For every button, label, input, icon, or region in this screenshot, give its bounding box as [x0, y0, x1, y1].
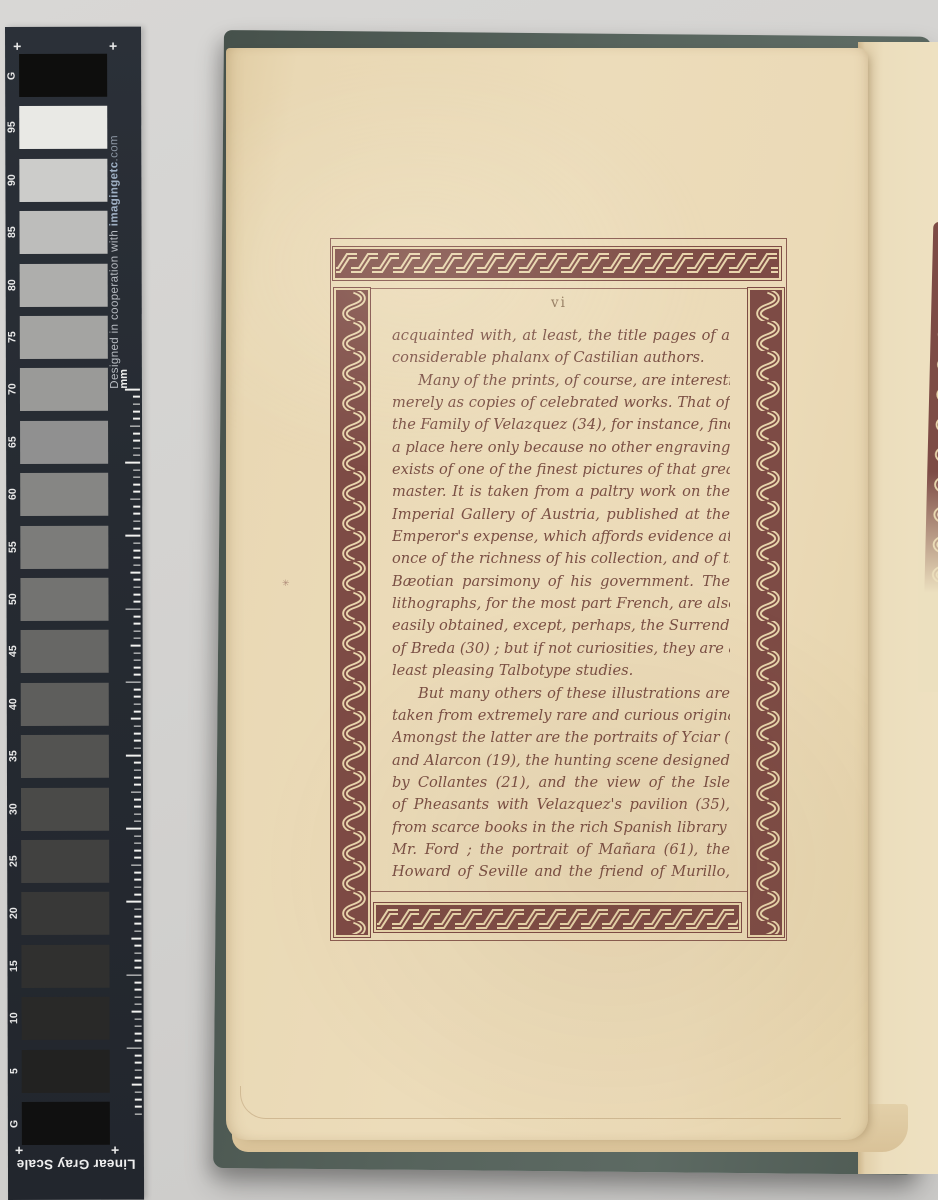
ruler-tick: [134, 725, 141, 727]
ruler-tick: [133, 542, 140, 544]
ruler-tick: [135, 1077, 142, 1079]
ruler-tick: [126, 755, 141, 757]
ruler-tick: [135, 1018, 142, 1020]
ruler-tick: [133, 506, 140, 508]
ruler-tick: [133, 396, 140, 398]
gray-patch-label: 15: [7, 945, 20, 988]
gray-patch-swatch: [20, 316, 108, 359]
ruler-tick: [133, 557, 140, 559]
text-line: the Family of Velazquez (34), for instan…: [392, 414, 730, 436]
ruler-tick: [134, 616, 141, 618]
gray-patch-swatch: [19, 54, 107, 97]
ruler-tick: [133, 484, 140, 486]
text-line: and Alarcon (19), the hunting scene desi…: [392, 750, 730, 772]
text-line: of Pheasants with Velazquez's pavilion (…: [392, 794, 730, 816]
ruler-tick: [134, 930, 141, 932]
ruler-tick: [135, 1062, 142, 1064]
text-line: But many others of these illustrations a…: [392, 683, 730, 705]
gray-patch-swatch: [21, 735, 109, 778]
gray-patch-label: 95: [5, 106, 18, 149]
ruler-tick: [130, 498, 141, 500]
ruler-tick: [134, 740, 141, 742]
ruler-tick: [135, 1091, 142, 1093]
ruler-tick: [135, 1055, 142, 1057]
gray-patch-swatch: [21, 892, 109, 935]
text-line: Amongst the latter are the portraits of …: [392, 727, 730, 749]
mm-ruler: [101, 389, 143, 1121]
gray-patch-swatch: [21, 787, 109, 830]
ruler-tick: [135, 1033, 142, 1035]
margin-mark: ✳: [282, 578, 290, 589]
gray-patch-label: 5: [8, 1050, 21, 1093]
ruler-tick: [134, 982, 141, 984]
text-line: exists of one of the finest pictures of …: [392, 459, 730, 481]
text-line: master. It is taken from a paltry work o…: [392, 481, 730, 503]
ruler-tick: [134, 630, 141, 632]
gray-patch-label: 10: [8, 997, 21, 1040]
gray-patch-label: 60: [6, 473, 19, 516]
text-line: Howard of Seville and the friend of Muri…: [392, 861, 730, 883]
ruler-tick: [133, 411, 140, 413]
gray-patch-label: 65: [6, 421, 19, 464]
ruler-tick: [134, 696, 141, 698]
gray-patch-swatch: [20, 525, 108, 568]
ruler-tick: [134, 667, 141, 669]
text-line: Imperial Gallery of Austria, published a…: [392, 504, 730, 526]
frame-inner-rule-bottom: [371, 891, 747, 892]
ruler-tick: [131, 791, 142, 793]
gray-patch-swatch: [20, 421, 108, 464]
ruler-tick: [133, 586, 140, 588]
gray-patch-label: G: [5, 54, 18, 97]
gray-patch-label: 45: [7, 630, 20, 673]
page-curve-shading: [918, 472, 938, 692]
ruler-tick: [134, 769, 141, 771]
ruler-tick: [134, 967, 141, 969]
ruler-tick: [133, 528, 140, 530]
gray-patch-swatch: [22, 1102, 110, 1145]
registration-cross-icon: +: [111, 1143, 119, 1157]
frame-band-left: [333, 287, 371, 938]
gray-patch-swatch: [19, 159, 107, 202]
ruler-tick: [134, 952, 141, 954]
gray-patch-swatch: [20, 263, 108, 306]
gray-patch-swatch: [21, 683, 109, 726]
frame-inner-rule-top: [371, 288, 747, 289]
ruler-tick: [134, 674, 141, 676]
ruler-tick: [135, 1004, 142, 1006]
book-page: vi ✳ acquainted with, at least, the titl…: [226, 48, 868, 1140]
gray-patch-swatch: [22, 997, 110, 1040]
ruler-tick: [133, 403, 140, 405]
ruler-tick: [126, 974, 141, 976]
ruler-tick: [130, 718, 141, 720]
ruler-tick: [130, 645, 141, 647]
gray-patch-label: G: [8, 1102, 21, 1145]
ruler-tick: [127, 1047, 142, 1049]
ruler-tick: [134, 835, 141, 837]
ruler-tick: [133, 594, 140, 596]
page-number: vi: [386, 295, 732, 311]
ruler-tick: [133, 433, 140, 435]
ruler-tick: [133, 513, 140, 515]
gray-patch-swatch: [21, 945, 109, 988]
text-line: of Breda (30) ; but if not curiosities, …: [392, 638, 730, 660]
ruler-tick: [131, 1011, 142, 1013]
ruler-tick: [134, 960, 141, 962]
ruler-tick: [135, 996, 142, 998]
text-line: acquainted with, at least, the title pag…: [392, 325, 730, 347]
gray-patch-label: 55: [6, 526, 19, 569]
ruler-unit-label: mm: [112, 363, 136, 389]
text-line: Many of the prints, of course, are inter…: [392, 370, 730, 392]
ruler-tick: [135, 1106, 142, 1108]
ruler-tick: [134, 777, 141, 779]
frame-band-right: [747, 287, 785, 938]
ruler-tick: [134, 601, 141, 603]
ruler-tick: [134, 784, 141, 786]
ruler-tick: [126, 608, 141, 610]
gray-patch-label: 90: [5, 159, 18, 202]
gray-patch-label: 50: [6, 578, 19, 621]
ruler-tick: [135, 1040, 142, 1042]
text-line: once of the richness of his collection, …: [392, 548, 730, 570]
ruler-tick: [134, 623, 141, 625]
ruler-tick: [125, 389, 140, 391]
gray-patch-swatch: [21, 840, 109, 883]
ruler-tick: [133, 520, 140, 522]
gray-patch-label: 40: [7, 683, 20, 726]
gray-patch-label: 20: [7, 892, 20, 935]
ruler-tick: [131, 1084, 142, 1086]
ruler-tick: [134, 762, 141, 764]
strip-credit-text: Designed in cooperation with imagingetc.…: [108, 79, 135, 389]
ruler-tick: [134, 799, 141, 801]
ruler-tick: [126, 901, 141, 903]
text-line: Bæotian parsimony of his government. The: [392, 571, 730, 593]
text-line: Mr. Ford ; the portrait of Mañara (61), …: [392, 839, 730, 861]
ruler-tick: [131, 938, 142, 940]
gray-scale-strip: + + G95908580757065605550454035302520151…: [5, 27, 144, 1200]
gray-patch-swatch: [19, 106, 107, 149]
gray-patch-swatch: [21, 630, 109, 673]
strip-title: Linear Gray Scale: [8, 1157, 144, 1172]
ruler-tick: [133, 469, 140, 471]
ruler-tick: [135, 1069, 142, 1071]
ruler-tick: [134, 857, 141, 859]
text-line: by Collantes (21), and the view of the I…: [392, 772, 730, 794]
credit-suffix: .com: [108, 135, 120, 162]
registration-cross-icon: +: [15, 1143, 23, 1157]
ruler-tick: [134, 842, 141, 844]
gray-patch-label: 85: [5, 211, 18, 254]
ruler-tick: [126, 828, 141, 830]
text-line: from scarce books in the rich Spanish li…: [392, 817, 730, 839]
page-crease: [240, 1086, 841, 1119]
ruler-tick: [130, 572, 141, 574]
ruler-tick: [135, 1113, 142, 1115]
ruler-tick: [133, 579, 140, 581]
ruler-tick: [134, 813, 141, 815]
ruler-tick: [134, 923, 141, 925]
gray-patch-swatch: [20, 368, 108, 411]
ruler-tick: [134, 806, 141, 808]
ruler-tick: [134, 747, 141, 749]
ruler-tick: [134, 711, 141, 713]
ruler-tick: [134, 872, 141, 874]
text-line: taken from extremely rare and curious or…: [392, 705, 730, 727]
ruler-tick: [134, 652, 141, 654]
ruler-tick: [134, 659, 141, 661]
gray-patch-label: 30: [7, 788, 20, 831]
gray-patch-label: 25: [7, 840, 20, 883]
text-line: least pleasing Talbotype studies.: [392, 660, 730, 682]
gray-patch-swatch: [22, 1049, 110, 1092]
body-text: acquainted with, at least, the title pag…: [392, 325, 730, 884]
ruler-tick: [135, 989, 142, 991]
ruler-tick: [133, 550, 140, 552]
registration-cross-icon: +: [109, 39, 117, 53]
ruler-tick: [125, 462, 140, 464]
ruler-tick: [133, 476, 140, 478]
text-line: considerable phalanx of Castilian author…: [392, 347, 730, 369]
ruler-tick: [134, 908, 141, 910]
ruler-tick: [126, 681, 141, 683]
gray-patch-label: 70: [6, 368, 19, 411]
text-line: Emperor's expense, which affords evidenc…: [392, 526, 730, 548]
registration-cross-icon: +: [13, 39, 21, 53]
ruler-tick: [130, 425, 141, 427]
ruler-tick: [125, 535, 140, 537]
ruler-tick: [133, 440, 140, 442]
ruler-tick: [134, 733, 141, 735]
ruler-tick: [134, 821, 141, 823]
ruler-tick: [134, 894, 141, 896]
text-line: a place here only because no other engra…: [392, 437, 730, 459]
ruler-tick: [134, 879, 141, 881]
ruler-tick: [134, 689, 141, 691]
ruler-tick: [134, 703, 141, 705]
ruler-tick: [131, 864, 142, 866]
ruler-tick: [134, 638, 141, 640]
ruler-tick: [134, 945, 141, 947]
ruler-tick: [133, 564, 140, 566]
ruler-tick: [133, 455, 140, 457]
gray-patch-swatch: [20, 473, 108, 516]
text-line: easily obtained, except, perhaps, the Su…: [392, 615, 730, 637]
archival-photo-stage: + + G95908580757065605550454035302520151…: [0, 0, 938, 1200]
ruler-tick: [134, 916, 141, 918]
gray-patch-label: 75: [6, 316, 19, 359]
gray-patch-label: 35: [7, 735, 20, 778]
frame-band-bottom: [373, 902, 742, 933]
ruler-tick: [133, 491, 140, 493]
ruler-tick: [135, 1025, 142, 1027]
frame-band-top: [332, 246, 782, 281]
gray-patch-swatch: [19, 211, 107, 254]
text-line: merely as copies of celebrated works. Th…: [392, 392, 730, 414]
text-line: lithographs, for the most part French, a…: [392, 593, 730, 615]
facing-page-edge: [858, 42, 938, 1174]
credit-brand: imagingetc: [108, 161, 120, 226]
ruler-tick: [135, 1099, 142, 1101]
gray-patch-swatch: [20, 578, 108, 621]
ruler-tick: [133, 447, 140, 449]
gray-patch-label: 80: [6, 264, 19, 307]
ruler-tick: [133, 418, 140, 420]
ruler-tick: [134, 886, 141, 888]
ruler-tick: [134, 850, 141, 852]
